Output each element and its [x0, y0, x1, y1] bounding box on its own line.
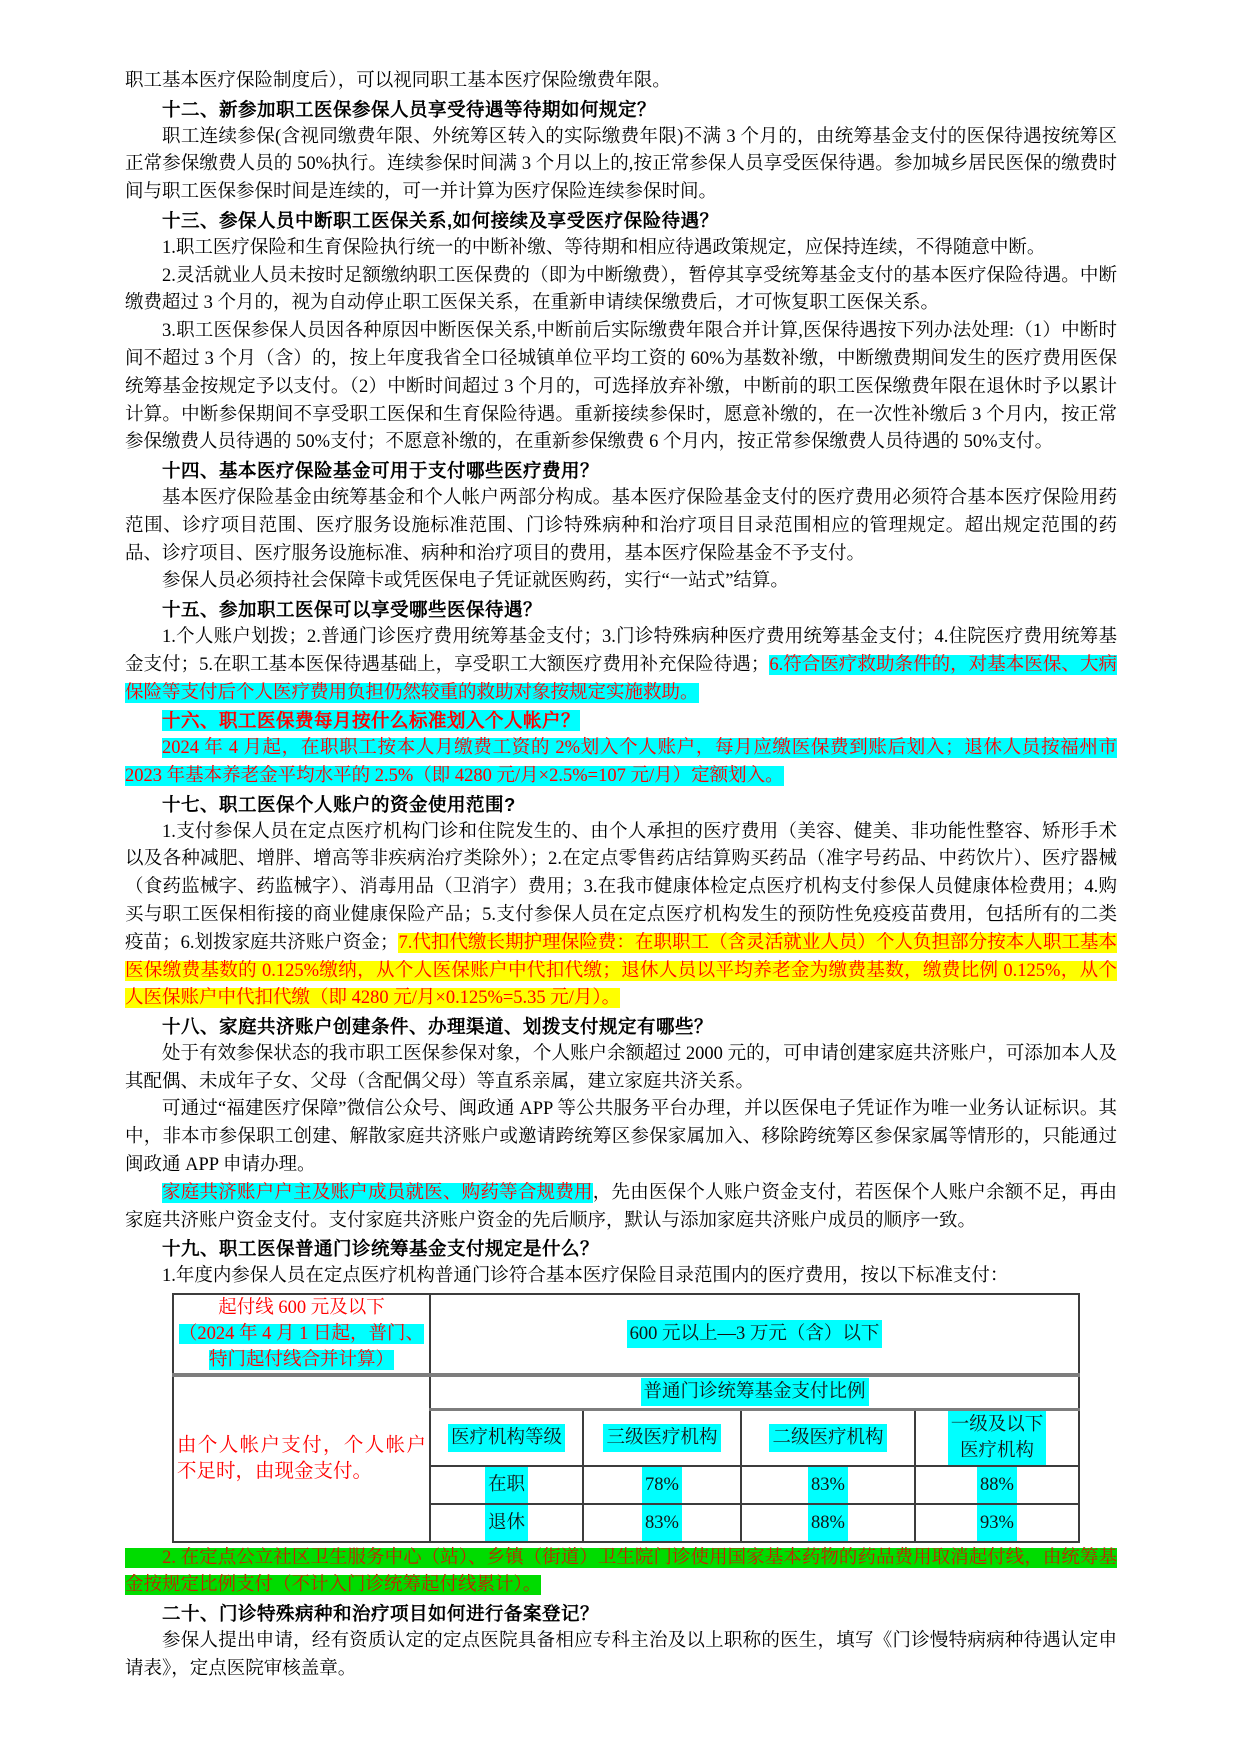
section-heading: 十四、基本医疗保险基金可用于支付哪些医疗费用？	[125, 457, 1117, 485]
section-heading: 十三、参保人员中断职工医保关系,如何接续及享受医疗保险待遇？	[125, 207, 1117, 235]
tier2-facility-header-cell: 二级医疗机构	[741, 1409, 915, 1466]
tier3-facility-header-cell: 三级医疗机构	[583, 1409, 741, 1466]
section-heading: 十八、家庭共济账户创建条件、办理渠道、划拨支付规定有哪些？	[125, 1013, 1117, 1041]
section-heading: 十九、职工医保普通门诊统筹基金支付规定是什么？	[125, 1235, 1117, 1263]
text-run: 83%	[808, 1467, 848, 1503]
text-run: 1.职工医疗保险和生育保险执行统一的中断补缴、等待期和相应待遇政策规定，应保持连…	[162, 238, 1045, 258]
text-run: （2024 年 4 月 1 日起，普门、特门起付线合并计算）	[179, 1324, 424, 1370]
text-run: 二级医疗机构	[769, 1424, 886, 1452]
text-run: 1.年度内参保人员在定点医疗机构普通门诊符合基本医疗保险目录范围内的医疗费用，按…	[162, 1266, 1008, 1286]
paragraph: 1.职工医疗保险和生育保险执行统一的中断补缴、等待期和相应待遇政策规定，应保持连…	[125, 235, 1117, 263]
text-run: 普通门诊统筹基金支付比例	[641, 1378, 869, 1406]
paragraph: 2. 在定点公立社区卫生服务中心（站）、乡镇（街道）卫生院门诊使用国家基本药物的…	[125, 1545, 1117, 1601]
text-run: 在职	[485, 1467, 528, 1503]
ratio-value-cell: 83%	[741, 1466, 915, 1504]
text-run: 十二、新参加职工医保参保人员享受待遇等待期如何规定？	[162, 99, 656, 120]
deductible-threshold-cell: 起付线 600 元及以下（2024 年 4 月 1 日起，普门、特门起付线合并计…	[173, 1294, 430, 1375]
text-run: 88%	[977, 1467, 1017, 1503]
payment-method-note-cell: 由个人帐户支付，个人帐户不足时，由现金支付。	[173, 1375, 430, 1542]
text-run: 退休	[485, 1505, 528, 1541]
text-run: 基本医疗保险基金由统筹基金和个人帐户两部分构成。基本医疗保险基金支付的医疗费用必…	[125, 488, 1117, 564]
text-run: 职工连续参保(含视同缴费年限、外统筹区转入的实际缴费年限)不满 3 个月的，由统…	[125, 127, 1117, 203]
text-run: 一级及以下 医疗机构	[948, 1411, 1047, 1465]
paragraph: 3.职工医保参保人员因各种原因中断医保关系,中断前后实际缴费年限合并计算,医保待…	[125, 318, 1117, 457]
text-run: 2. 在定点公立社区卫生服务中心（站）、乡镇（街道）卫生院门诊使用国家基本药物的…	[125, 1548, 1117, 1596]
payment-range-cell: 600 元以上—3 万元（含）以下	[430, 1294, 1079, 1375]
ratio-value-cell: 88%	[741, 1504, 915, 1542]
text-run: 600 元以上—3 万元（含）以下	[627, 1320, 883, 1348]
document-page: 职工基本医疗保险制度后），可以视同职工基本医疗保险缴费年限。十二、新参加职工医保…	[0, 0, 1240, 1754]
text-run: 十四、基本医疗保险基金可用于支付哪些医疗费用？	[162, 460, 599, 481]
text-run: 十七、职工医保个人账户的资金使用范围?	[162, 794, 516, 815]
text-run: 十三、参保人员中断职工医保关系,如何接续及享受医疗保险待遇？	[162, 210, 719, 231]
text-run: 二十、门诊特殊病种和治疗项目如何进行备案登记？	[162, 1603, 599, 1624]
ratio-value-cell: 88%	[915, 1466, 1079, 1504]
text-run: 参保人员必须持社会保障卡或凭医保电子凭证就医购药，实行“一站式”结算。	[162, 571, 789, 591]
text-run: 十六、职工医保费每月按什么标准划入个人帐户？	[162, 710, 580, 731]
tier1-and-below-facility-header-cell: 一级及以下 医疗机构	[915, 1409, 1079, 1466]
text-run: 由个人帐户支付，个人帐户不足时，由现金支付。	[177, 1435, 426, 1482]
text-run: 83%	[642, 1505, 682, 1541]
section-heading: 十七、职工医保个人账户的资金使用范围?	[125, 791, 1117, 819]
section-heading: 十六、职工医保费每月按什么标准划入个人帐户？	[125, 707, 1117, 735]
table-row: 起付线 600 元及以下（2024 年 4 月 1 日起，普门、特门起付线合并计…	[173, 1294, 1079, 1375]
paragraph: 职工连续参保(含视同缴费年限、外统筹区转入的实际缴费年限)不满 3 个月的，由统…	[125, 124, 1117, 207]
paragraph: 1.年度内参保人员在定点医疗机构普通门诊符合基本医疗保险目录范围内的医疗费用，按…	[125, 1263, 1117, 1291]
section-heading: 十五、参加职工医保可以享受哪些医保待遇？	[125, 596, 1117, 624]
text-run: 十五、参加职工医保可以享受哪些医保待遇？	[162, 599, 542, 620]
paragraph: 参保人员必须持社会保障卡或凭医保电子凭证就医购药，实行“一站式”结算。	[125, 568, 1117, 596]
text-run: 2024 年 4 月起，在职职工按本人月缴费工资的 2%划入个人账户，每月应缴医…	[125, 738, 1117, 786]
text-run: 3.职工医保参保人员因各种原因中断医保关系,中断前后实际缴费年限合并计算,医保待…	[125, 321, 1117, 452]
fund-ratio-title-cell: 普通门诊统筹基金支付比例	[430, 1375, 1079, 1409]
text-run: 十九、职工医保普通门诊统筹基金支付规定是什么？	[162, 1238, 599, 1259]
text-run: 处于有效参保状态的我市职工医保参保对象，个人账户余额超过 2000 元的，可申请…	[125, 1044, 1117, 1092]
text-run: 三级医疗机构	[603, 1424, 720, 1452]
paragraph: 1.个人账户划拨；2.普通门诊医疗费用统筹基金支付；3.门诊特殊病种医疗费用统筹…	[125, 624, 1117, 707]
paragraph: 处于有效参保状态的我市职工医保参保对象，个人账户余额超过 2000 元的，可申请…	[125, 1041, 1117, 1097]
paragraph: 职工基本医疗保险制度后），可以视同职工基本医疗保险缴费年限。	[125, 68, 1117, 96]
facility-level-header-cell: 医疗机构等级	[430, 1409, 583, 1466]
text-run: 家庭共济账户户主及账户成员就医、购药等合规费用	[162, 1183, 593, 1203]
ratio-value-cell: 78%	[583, 1466, 741, 1504]
paragraph: 参保人提出申请，经有资质认定的定点医院具备相应专科主治及以上职称的医生，填写《门…	[125, 1628, 1117, 1684]
ratio-value-cell: 83%	[583, 1504, 741, 1542]
text-run: 起付线 600 元及以下	[177, 1295, 426, 1321]
text-run: 78%	[642, 1467, 682, 1503]
paragraph: 家庭共济账户户主及账户成员就医、购药等合规费用，先由医保个人账户资金支付，若医保…	[125, 1180, 1117, 1236]
text-run: 93%	[977, 1505, 1017, 1541]
paragraph: 可通过“福建医疗保障”微信公众号、闽政通 APP 等公共服务平台办理，并以医保电…	[125, 1096, 1117, 1179]
status-label-cell: 退休	[430, 1504, 583, 1542]
text-run: 参保人提出申请，经有资质认定的定点医院具备相应专科主治及以上职称的医生，填写《门…	[125, 1631, 1117, 1679]
table-row: 由个人帐户支付，个人帐户不足时，由现金支付。普通门诊统筹基金支付比例	[173, 1375, 1079, 1409]
text-run: 医疗机构等级	[448, 1424, 565, 1452]
document-body: 职工基本医疗保险制度后），可以视同职工基本医疗保险缴费年限。十二、新参加职工医保…	[125, 68, 1117, 1684]
paragraph: 1.支付参保人员在定点医疗机构门诊和住院发生的、由个人承担的医疗费用（美容、健美…	[125, 819, 1117, 1014]
section-heading: 二十、门诊特殊病种和治疗项目如何进行备案登记？	[125, 1600, 1117, 1628]
text-run: 88%	[808, 1505, 848, 1541]
section-heading: 十二、新参加职工医保参保人员享受待遇等待期如何规定？	[125, 96, 1117, 124]
ratio-value-cell: 93%	[915, 1504, 1079, 1542]
text-run: 2.灵活就业人员未按时足额缴纳职工医保费的（即为中断缴费），暂停其享受统筹基金支…	[125, 266, 1117, 314]
paragraph: 2024 年 4 月起，在职职工按本人月缴费工资的 2%划入个人账户，每月应缴医…	[125, 735, 1117, 791]
text-run: 可通过“福建医疗保障”微信公众号、闽政通 APP 等公共服务平台办理，并以医保电…	[125, 1099, 1117, 1175]
outpatient-fund-payment-table: 起付线 600 元及以下（2024 年 4 月 1 日起，普门、特门起付线合并计…	[172, 1293, 1117, 1543]
benefit-table: 起付线 600 元及以下（2024 年 4 月 1 日起，普门、特门起付线合并计…	[172, 1293, 1080, 1543]
status-label-cell: 在职	[430, 1466, 583, 1504]
paragraph: 基本医疗保险基金由统筹基金和个人帐户两部分构成。基本医疗保险基金支付的医疗费用必…	[125, 485, 1117, 568]
text-run: 十八、家庭共济账户创建条件、办理渠道、划拨支付规定有哪些？	[162, 1016, 713, 1037]
paragraph: 2.灵活就业人员未按时足额缴纳职工医保费的（即为中断缴费），暂停其享受统筹基金支…	[125, 263, 1117, 319]
text-run: 职工基本医疗保险制度后），可以视同职工基本医疗保险缴费年限。	[125, 71, 671, 91]
